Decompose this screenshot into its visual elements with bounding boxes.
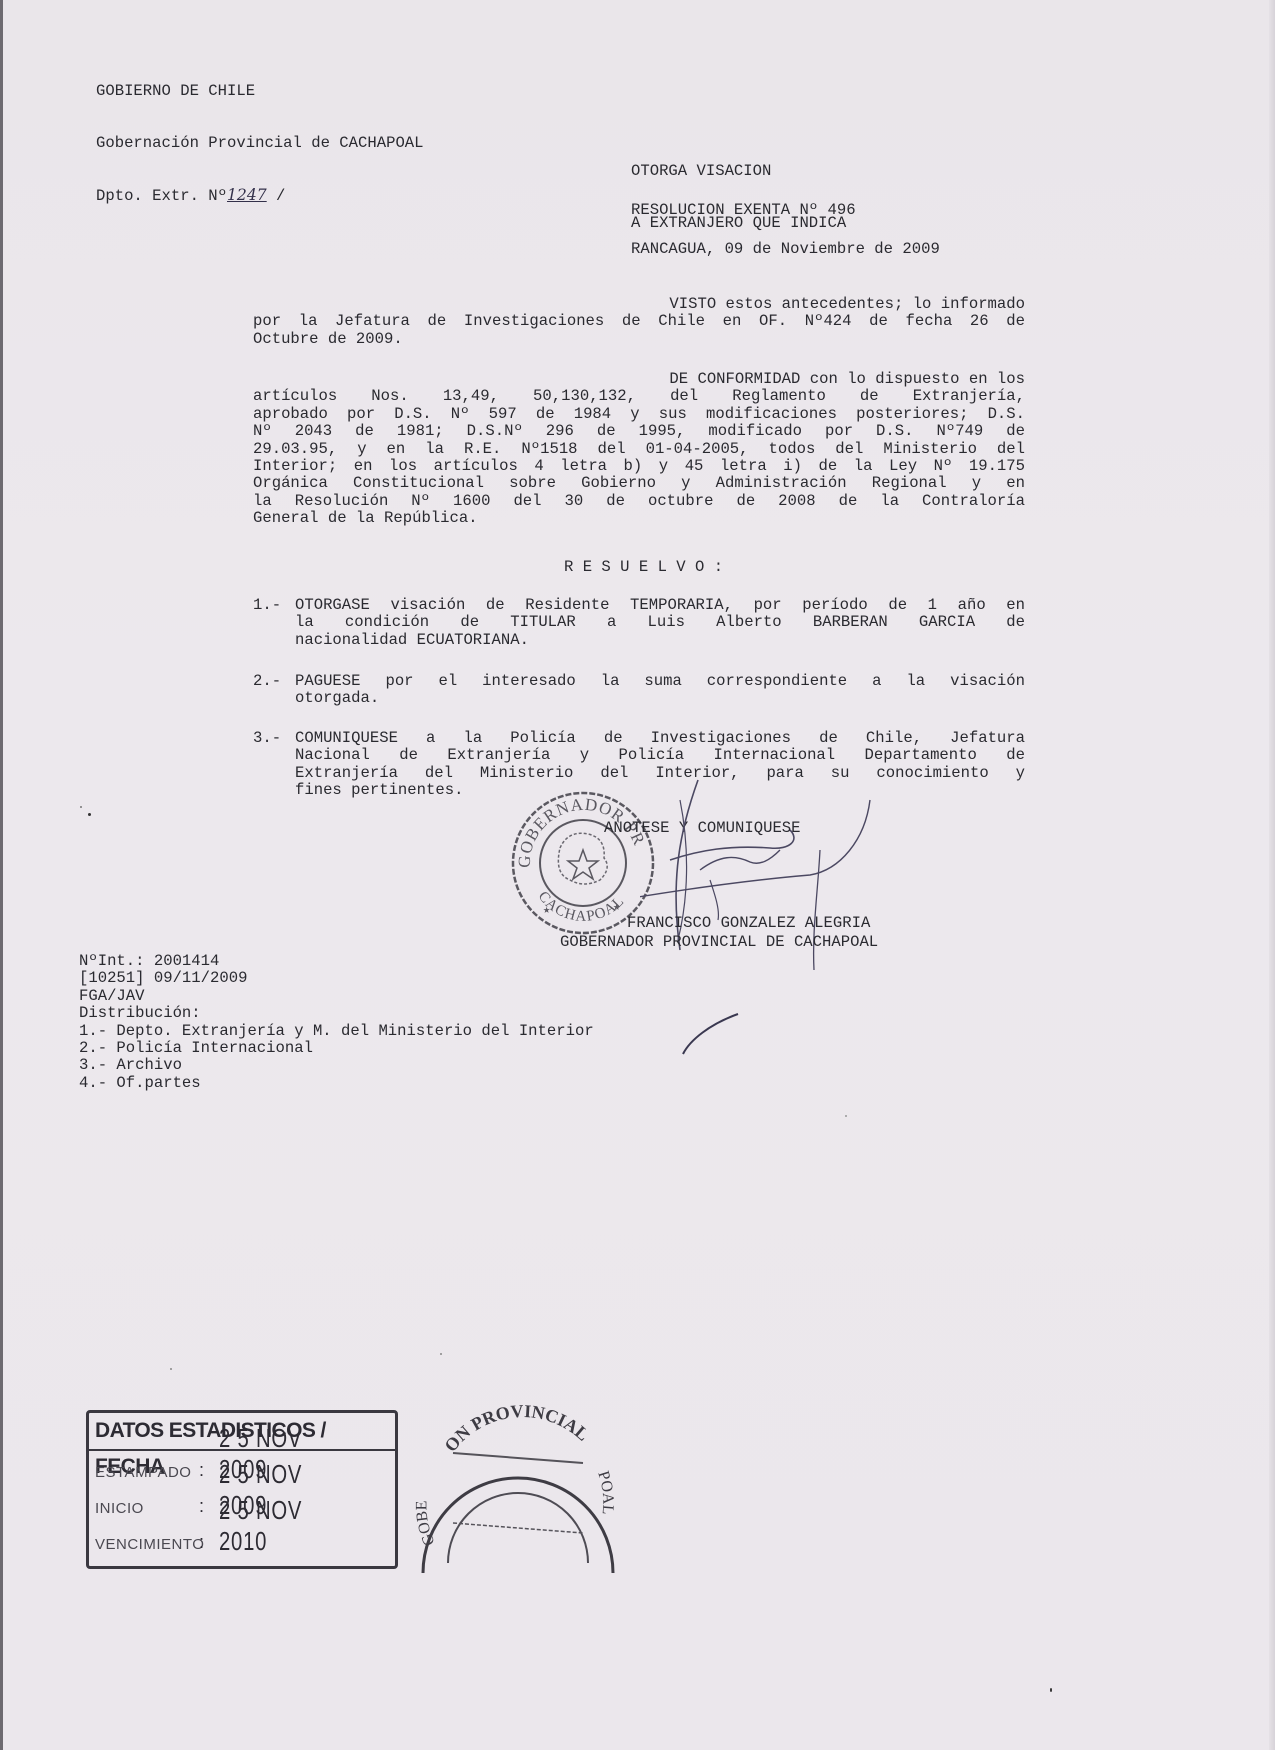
check-mark [680, 1012, 740, 1062]
visto-line: Octubre de 2009. [253, 331, 1025, 348]
svg-text:★: ★ [613, 900, 620, 914]
footer-reference-line: 1.- Depto. Extranjería y M. del Minister… [79, 1023, 594, 1040]
svg-text:★: ★ [543, 903, 550, 917]
svg-text:ON PROVINCIAL D: ON PROVINCIAL D [413, 1393, 596, 1456]
visto-line: por la Jefatura de Investigaciones de Ch… [253, 313, 1025, 330]
subject-line-1: OTORGA VISACION [631, 163, 846, 180]
conformidad-paragraph: DE CONFORMIDAD con lo dispuesto en losar… [253, 371, 1025, 528]
letterhead: GOBIERNO DE CHILE Gobernación Provincial… [96, 48, 424, 240]
footer-reference-line: 2.- Policía Internacional [79, 1040, 594, 1057]
footer-reference-line: FGA/JAV [79, 988, 594, 1005]
scan-speck [88, 813, 91, 816]
conformidad-line: General de la República. [253, 510, 1025, 527]
handwritten-number: 1247 [227, 186, 267, 204]
stats-stamp-label: INICIO [95, 1500, 144, 1517]
scan-speck [440, 1353, 442, 1355]
letterhead-department: Dpto. Extr. Nº1247 / [96, 187, 424, 205]
stats-stamp-label: ESTAMPADO [95, 1464, 191, 1481]
visto-paragraph: VISTO estos antecedentes; lo informadopo… [253, 296, 1025, 348]
scan-speck [170, 1368, 172, 1370]
stats-stamp-separator: : [199, 1496, 204, 1517]
stats-stamp-row: VENCIMIENTO:2 5 NOV 2010 [95, 1523, 391, 1557]
stats-stamp-date: 2 5 NOV 2010 [219, 1495, 353, 1557]
conformidad-line: artículos Nos. 13,49, 50,130,132, del Re… [253, 388, 1025, 405]
resuelvo-item-text: PAGUESE por el interesado la suma corres… [295, 673, 1025, 708]
footer-reference-line: 4.- Of.partes [79, 1075, 594, 1092]
footer-references: NºInt.: 2001414[10251] 09/11/2009FGA/JAV… [79, 953, 594, 1092]
stats-stamp-separator: : [199, 1460, 204, 1481]
scan-edge-left [0, 0, 3, 1750]
resuelvo-item-number: 2.- [253, 673, 281, 690]
stats-stamp-label: VENCIMIENTO [95, 1536, 204, 1553]
resuelvo-item-line: COMUNIQUESE a la Policía de Investigacio… [295, 730, 1025, 747]
signer-title: GOBERNADOR PROVINCIAL DE CACHAPOAL [560, 934, 878, 951]
place-date: RANCAGUA, 09 de Noviembre de 2009 [631, 241, 940, 258]
conformidad-line: Interior; en los artículos 4 letra b) y … [253, 458, 1025, 475]
svg-text:POAL: POAL [594, 1469, 616, 1515]
scan-edge-right [1269, 0, 1275, 1750]
conformidad-line: 29.03.95, y en la R.E. Nº1518 del 01-04-… [253, 441, 1025, 458]
scan-speck [845, 1115, 847, 1117]
scan-speck [80, 806, 82, 808]
resuelvo-heading: R E S U E L V O : [564, 559, 723, 576]
resuelvo-item-number: 1.- [253, 597, 281, 614]
round-stamp: ON PROVINCIAL D GOBE POAL [413, 1393, 623, 1583]
signer-name: FRANCISCO GONZALEZ ALEGRIA [627, 915, 870, 932]
visto-line: VISTO estos antecedentes; lo informado [253, 296, 1025, 313]
document-page: GOBIERNO DE CHILE Gobernación Provincial… [0, 0, 1275, 1750]
stats-stamp-separator: : [199, 1532, 204, 1553]
letterhead-government: GOBIERNO DE CHILE [96, 83, 424, 100]
resuelvo-item-number: 3.- [253, 730, 281, 747]
letterhead-gobernacion: Gobernación Provincial de CACHAPOAL [96, 135, 424, 152]
resuelvo-item-line: otorgada. [295, 690, 1025, 707]
resuelvo-item-line: OTORGASE visación de Residente TEMPORARI… [295, 597, 1025, 614]
resuelvo-item-line: nacionalidad ECUATORIANA. [295, 632, 1025, 649]
footer-reference-line: NºInt.: 2001414 [79, 953, 594, 970]
stats-stamp: DATOS ESTADISTICOS / FECHA ESTAMPADO:2 5… [86, 1410, 398, 1569]
conformidad-line: DE CONFORMIDAD con lo dispuesto en los [253, 371, 1025, 388]
scan-speck [1050, 1688, 1052, 1692]
resuelvo-item-line: PAGUESE por el interesado la suma corres… [295, 673, 1025, 690]
resolution-number: RESOLUCION EXENTA Nº 496 [631, 202, 856, 219]
resuelvo-item-text: OTORGASE visación de Residente TEMPORARI… [295, 597, 1025, 649]
resuelvo-item-line: Nacional de Extranjería y Policía Intern… [295, 747, 1025, 764]
conformidad-line: la Resolución Nº 1600 del 30 de octubre … [253, 493, 1025, 510]
footer-reference-line: [10251] 09/11/2009 [79, 970, 594, 987]
department-suffix: / [267, 187, 286, 205]
footer-reference-line: 3.- Archivo [79, 1057, 594, 1074]
conformidad-line: aprobado por D.S. Nº 597 de 1984 y sus m… [253, 406, 1025, 423]
department-prefix: Dpto. Extr. Nº [96, 187, 227, 205]
conformidad-line: Orgánica Constitucional sobre Gobierno y… [253, 475, 1025, 492]
conformidad-line: Nº 2043 de 1981; D.S.Nº 296 de 1995, mod… [253, 423, 1025, 440]
resuelvo-item-line: la condición de TITULAR a Luis Alberto B… [295, 614, 1025, 631]
footer-reference-line: Distribución: [79, 1005, 594, 1022]
